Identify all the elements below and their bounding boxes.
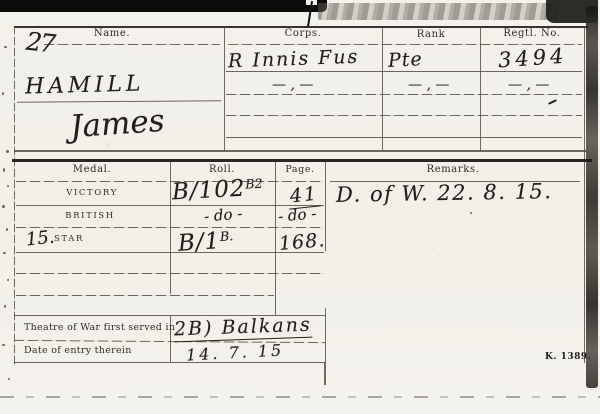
column-header-remarks: Remarks.: [403, 164, 503, 175]
medal-table-top-border: [12, 159, 592, 162]
top-row-line-3: [226, 115, 582, 116]
scan-speck: [8, 378, 10, 380]
handwritten-remarks: D. of W. 22. 8. 15.: [336, 179, 553, 207]
column-header-rank: Rank: [381, 29, 481, 40]
handwritten-surname: HAMILL: [25, 71, 145, 99]
date-of-entry-label: Date of entry therein: [24, 345, 132, 356]
page-value-british: - do -: [277, 204, 317, 225]
roll-value-star: B/1B.: [177, 227, 234, 257]
handwritten-date-value: 14. 7. 15: [186, 340, 285, 364]
divider-roll-page: [275, 162, 276, 315]
divider-page-remarks: [325, 162, 326, 251]
column-header-roll: Roll.: [172, 164, 272, 175]
stray-pen-tick: [548, 99, 557, 105]
page-value-star: 168.: [278, 229, 326, 255]
handwritten-annotation-number: 27: [25, 27, 56, 59]
top-row-line-2: [226, 94, 582, 95]
header-underline-right: [228, 44, 582, 45]
scan-speck: [7, 279, 9, 281]
medal-row-line-3: [16, 252, 324, 253]
scan-speck: [2, 344, 5, 346]
roll-main: B/102: [171, 176, 246, 206]
column-header-medal: Medal.: [42, 164, 142, 175]
top-row-line-1: [226, 71, 582, 72]
scan-gray-band: [318, 3, 558, 20]
ditto-mark-corps: — ‚ —: [272, 77, 313, 93]
medal-label-british: British: [40, 211, 140, 221]
medal-row-line-5: [16, 295, 274, 296]
handwritten-regtl-no: 3494: [497, 44, 568, 73]
scan-bottom-dotted-line: [0, 396, 600, 398]
handwritten-corps: R Innis Fus: [228, 46, 360, 73]
divider-rank-regtl: [480, 27, 481, 150]
top-section-bottom-line: [14, 150, 587, 152]
theatre-box-right: [325, 308, 326, 362]
scan-top-black-bar: [0, 0, 327, 12]
column-header-name: Name.: [62, 28, 162, 39]
handwritten-theatre-value: 2B) Balkans: [174, 314, 312, 343]
medal-label-victory: Victory: [42, 188, 142, 198]
scan-speck: [4, 46, 7, 48]
divider-corps-rank: [382, 27, 383, 150]
header-underline-name: [44, 44, 220, 45]
ditto-mark-regtl: — ‚ —: [508, 77, 549, 93]
scan-right-edge-strip: [586, 6, 598, 388]
handwritten-rank: Pte: [387, 48, 423, 72]
medal-row-line-1: [16, 205, 324, 206]
scan-speck: [6, 228, 8, 231]
scan-speck: [4, 305, 6, 308]
surname-underline: [17, 100, 221, 102]
scan-speck: [3, 252, 6, 254]
roll-suffix: B.: [219, 228, 233, 244]
roll-value-british: - do -: [203, 204, 243, 225]
scan-speck: [6, 150, 9, 153]
top-row-line-4: [226, 137, 582, 138]
theatre-box-tail-mark: [324, 362, 326, 385]
theatre-label: Theatre of War first served in: [24, 322, 175, 333]
medal-index-card-scan: Name. Corps. Rank Regtl. No. 27 HAMILL J…: [0, 0, 600, 414]
handwritten-forename: James: [69, 103, 166, 146]
theatre-box-bottom: [14, 362, 325, 363]
medal-prefix-15: 15.: [25, 227, 56, 251]
form-reference-number: K. 1389.: [545, 352, 591, 362]
scan-speck: [7, 185, 9, 187]
roll-main: B/1: [177, 228, 221, 257]
divider-name-corps: [224, 27, 225, 150]
roll-value-victory: B/102B2: [171, 175, 263, 206]
scan-speck: [3, 168, 5, 172]
scan-speck: [2, 92, 4, 95]
column-header-corps: Corps.: [253, 28, 353, 39]
medal-label-star: Star: [54, 234, 84, 244]
medal-header-underline: [16, 181, 324, 182]
column-header-regtl-no: Regtl. No.: [482, 28, 582, 39]
card-right-border: [584, 26, 585, 363]
ditto-mark-rank: — ‚ —: [408, 77, 449, 93]
medal-row-line-4: [16, 273, 324, 274]
scan-speck: [2, 205, 5, 208]
roll-suffix: B2: [245, 176, 263, 192]
medal-row-line-2: [16, 227, 324, 228]
column-header-page: Page.: [260, 164, 340, 175]
scan-speck: [470, 212, 472, 214]
